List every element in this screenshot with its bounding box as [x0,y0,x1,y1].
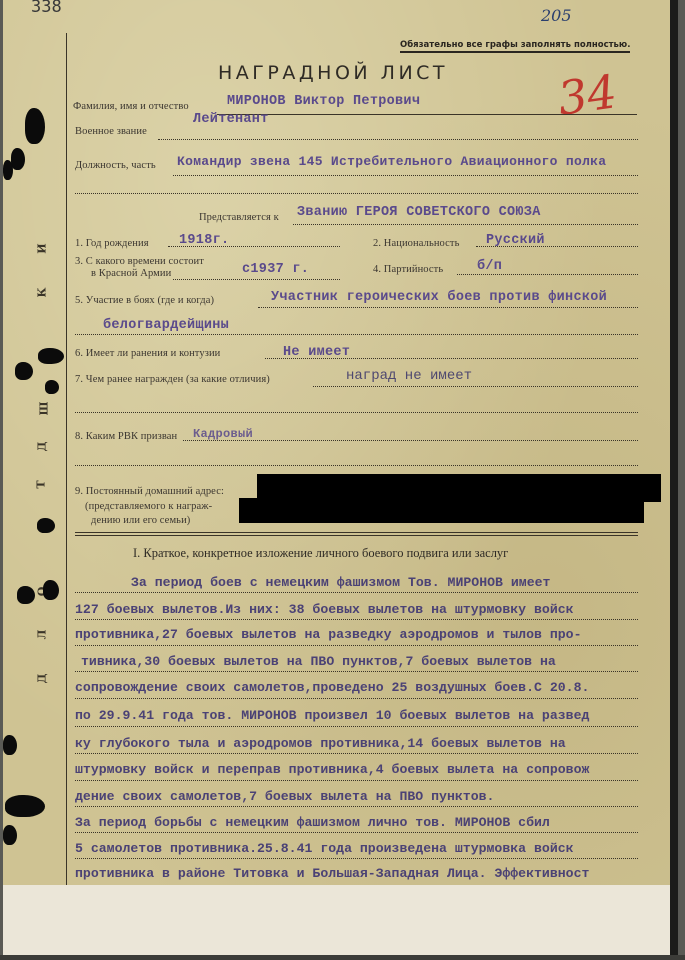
section-line: 5 самолетов противника.25.8.41 года прои… [75,841,574,856]
rvk-value: Кадровый [193,427,253,441]
party-value: б/п [477,259,502,274]
side-letter: Д [35,674,48,684]
position-value: Командир звена 145 Истребительного Авиац… [177,154,606,169]
side-letter: Ш [37,402,50,416]
binding-hole [11,148,25,170]
side-letter: К [36,287,49,297]
wounds-label: 6. Имеет ли ранения и контузии [75,348,220,359]
binding-hole [37,518,55,533]
nominated-label: Представляется к [199,212,279,223]
scan-edge-shadow [670,0,678,955]
section-heading: I. Краткое, конкретное изложение личного… [133,546,508,561]
address-label-1: 9. Постоянный домашний адрес: [75,486,224,497]
section-line: штурмовку войск и переправ противника,4 … [75,762,589,777]
position-label: Должность, часть [75,160,156,171]
section-line: За период борьбы с немецким фашизмом лич… [75,815,550,830]
side-letter: Л [35,630,48,640]
page-title: НАГРАДНОЙ ЛИСТ [218,62,448,84]
binding-hole [15,362,33,380]
side-letter: И [36,243,49,253]
battles-value-line2: белогвардейщины [103,318,229,333]
army-since-label-2: в Красной Армии [91,268,171,279]
battles-value-line1: Участник героических боев против финской [271,290,607,305]
battles-label: 5. Участие в боях (где и когда) [75,295,214,306]
side-letter: Д [35,442,48,452]
awards-label: 7. Чем ранее награжден (за какие отличия… [75,374,270,385]
awards-value: наград не имеет [346,368,472,384]
scan-bottom-edge [0,955,685,960]
binding-hole [38,348,64,364]
section-line: по 29.9.41 года тов. МИРОНОВ произвел 10… [75,708,589,723]
handwritten-red-mark: 34 [555,64,620,126]
archive-number: 338 [31,0,62,17]
rank-value: Лейтенант [193,112,269,127]
section-line: тивника,30 боевых вылетов на ПВО пунктов… [81,654,556,669]
binding-hole [45,380,59,394]
address-label-2: (представляемого к награж- [85,501,212,512]
section-line: противника в районе Титовка и Большая-За… [75,866,589,881]
nominated-value: Званию ГЕРОЯ СОВЕТСКОГО СОЮЗА [297,205,541,220]
section-line: ку глубокого тыла и аэродромов противник… [75,736,566,751]
section-line: дение своих самолетов,7 боевых вылета на… [75,789,494,804]
binding-hole [43,580,59,600]
nationality-label: 2. Национальность [373,238,460,249]
birth-year-label: 1. Год рождения [75,238,149,249]
party-label: 4. Партийность [373,264,443,275]
section-line: За период боев с немецким фашизмом Тов. … [131,575,550,590]
binding-hole [3,825,17,845]
binding-hole [3,735,17,755]
section-line: сопровождение своих самолетов,проведено … [75,680,589,695]
binding-hole [3,160,13,180]
section-line: противника,27 боевых вылетов на разведку… [75,627,581,642]
section-line: 127 боевых вылетов.Из них: 38 боевых выл… [75,602,574,617]
handwritten-page-number: 205 [541,6,572,25]
army-since-value: с1937 г. [242,262,309,277]
side-letter: Т [35,480,48,488]
name-label: Фамилия, имя и отчество [73,101,189,112]
rvk-label: 8. Каким РВК призван [75,431,177,442]
instruction-notice: Обязательно все графы заполнять полность… [400,40,630,53]
rank-label: Военное звание [75,126,147,137]
award-sheet-page: 338 205 Обязательно все графы заполнять … [3,0,678,885]
document-sheet: 338 205 Обязательно все графы заполнять … [3,0,678,955]
binding-hole [5,795,45,817]
binding-hole [25,108,45,144]
binding-hole [17,586,35,604]
name-value: МИРОНОВ Виктор Петрович [227,94,420,109]
army-since-label-1: 3. С какого времени состоит [75,256,204,267]
redacted-address-block-2 [239,498,644,523]
margin-line [66,33,67,885]
address-label-3: дению или его семьи) [91,515,190,526]
